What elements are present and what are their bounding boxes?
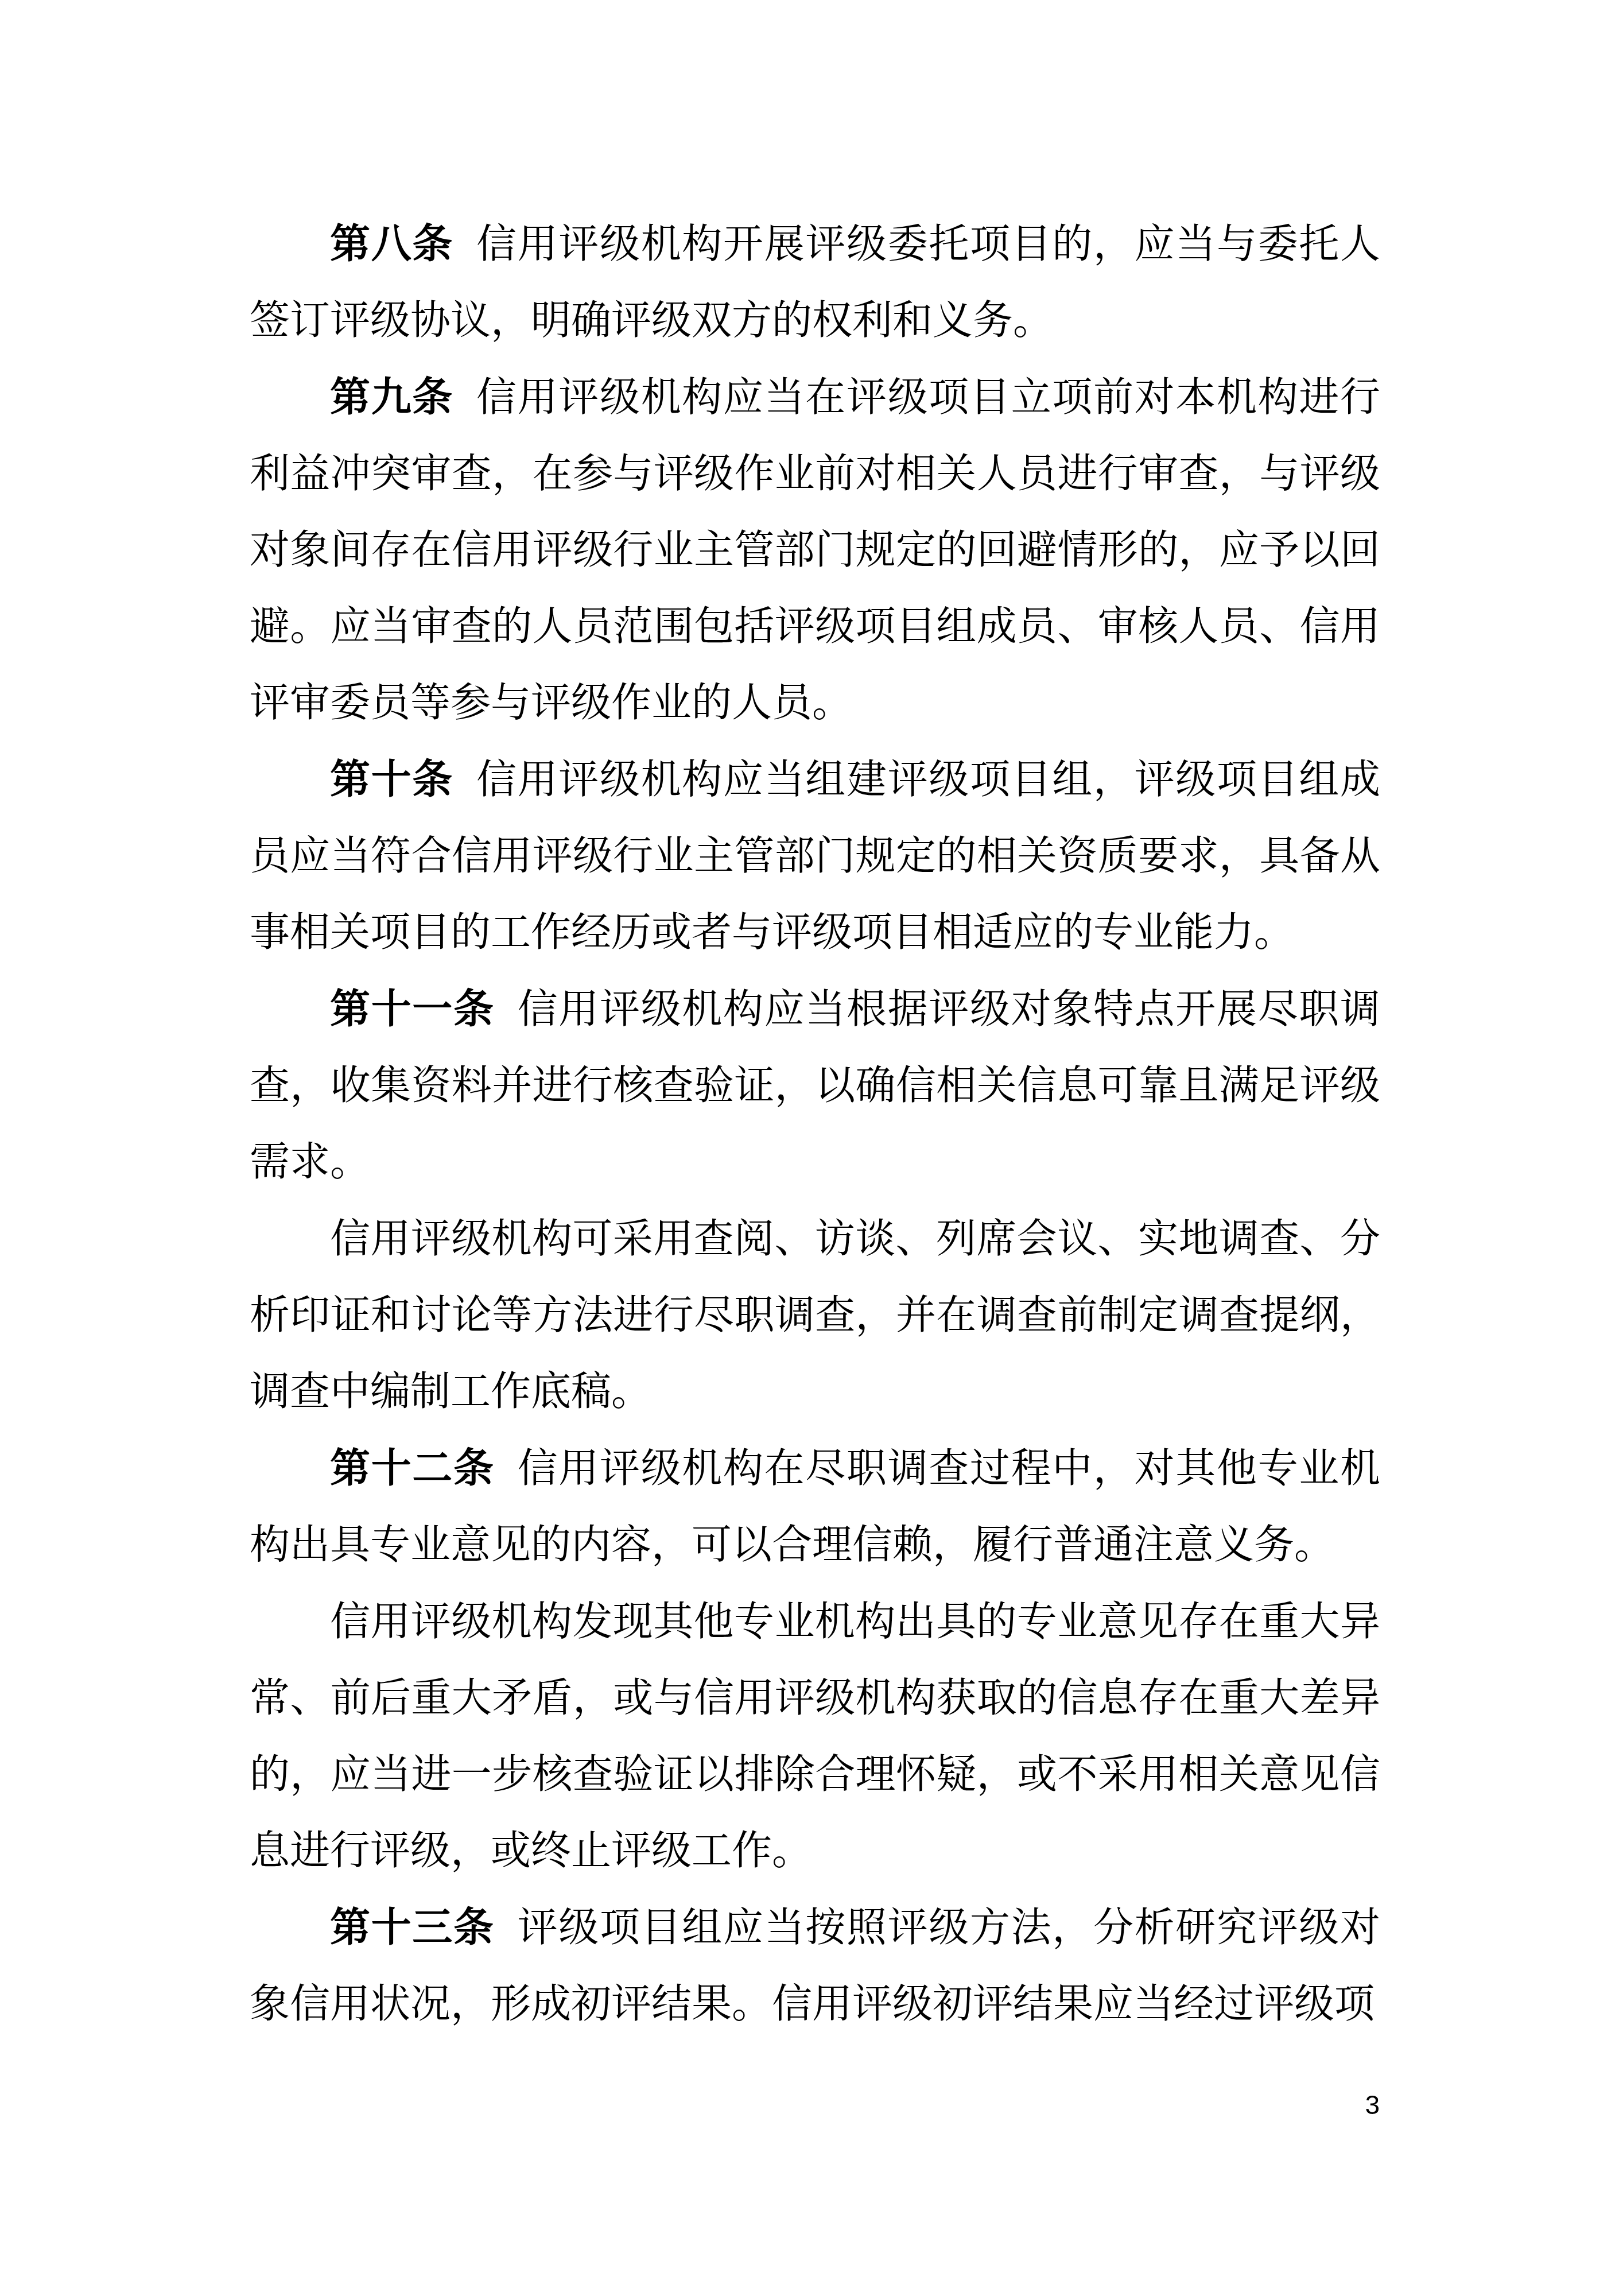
article-11-cont-text: 信用评级机构可采用查阅、访谈、列席会议、实地调查、分析印证和讨论等方法进行尽职调…: [250, 1215, 1380, 1415]
article-9-number: 第九条: [330, 373, 453, 421]
paragraph-article-11: 第十一条信用评级机构应当根据评级对象特点开展尽职调查，收集资料并进行核查验证，以…: [250, 971, 1380, 1200]
article-8-number: 第八条: [330, 220, 453, 267]
article-11-number: 第十一条: [330, 985, 495, 1033]
article-13-number: 第十三条: [330, 1903, 495, 1951]
paragraph-article-9: 第九条信用评级机构应当在评级项目立项前对本机构进行利益冲突审查，在参与评级作业前…: [250, 359, 1380, 741]
paragraph-article-10: 第十条信用评级机构应当组建评级项目组，评级项目组成员应当符合信用评级行业主管部门…: [250, 741, 1380, 971]
article-12-number: 第十二条: [330, 1444, 495, 1492]
paragraph-article-12: 第十二条信用评级机构在尽职调查过程中，对其他专业机构出具专业意见的内容，可以合理…: [250, 1430, 1380, 1583]
paragraph-article-12-continuation: 信用评级机构发现其他专业机构出具的专业意见存在重大异常、前后重大矛盾，或与信用评…: [250, 1583, 1380, 1889]
document-body: 第八条信用评级机构开展评级委托项目的，应当与委托人签订评级协议，明确评级双方的权…: [250, 205, 1380, 2042]
paragraph-article-13: 第十三条评级项目组应当按照评级方法，分析研究评级对象信用状况，形成初评结果。信用…: [250, 1889, 1380, 2042]
paragraph-article-8: 第八条信用评级机构开展评级委托项目的，应当与委托人签订评级协议，明确评级双方的权…: [250, 205, 1380, 359]
article-10-number: 第十条: [330, 755, 453, 803]
article-9-text: 信用评级机构应当在评级项目立项前对本机构进行利益冲突审查，在参与评级作业前对相关…: [250, 374, 1380, 726]
document-page: 第八条信用评级机构开展评级委托项目的，应当与委托人签订评级协议，明确评级双方的权…: [0, 0, 1623, 2296]
article-12-cont-text: 信用评级机构发现其他专业机构出具的专业意见存在重大异常、前后重大矛盾，或与信用评…: [250, 1598, 1380, 1874]
page-number: 3: [1365, 2091, 1380, 2119]
paragraph-article-11-continuation: 信用评级机构可采用查阅、访谈、列席会议、实地调查、分析印证和讨论等方法进行尽职调…: [250, 1200, 1380, 1430]
